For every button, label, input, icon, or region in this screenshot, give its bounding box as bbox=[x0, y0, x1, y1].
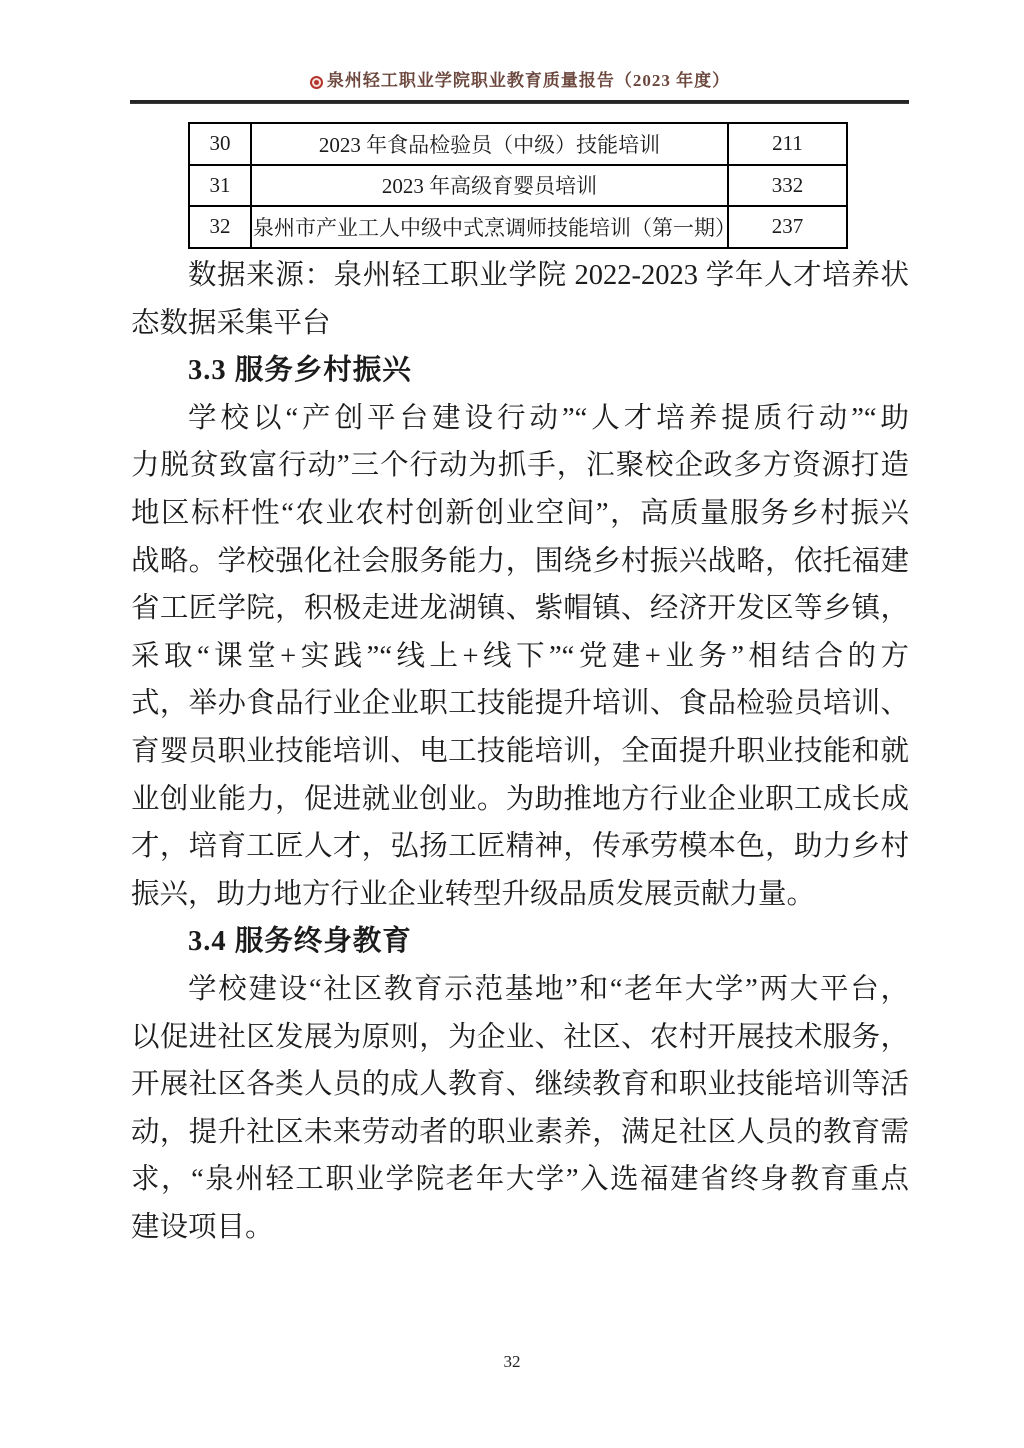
training-programs-table: 30 2023 年食品检验员（中级）技能培训 211 31 2023 年高级育婴… bbox=[188, 122, 848, 249]
paragraph-line: 战略。学校强化社会服务能力，围绕乡村振兴战略，依托福建 bbox=[131, 538, 909, 586]
table-row: 32 泉州市产业工人中级中式烹调师技能培训（第一期） 237 bbox=[189, 206, 847, 248]
paragraph-line: 力脱贫致富行动”三个行动为抓手，汇聚校企政多方资源打造 bbox=[131, 442, 909, 490]
paragraph-line: 式，举办食品行业企业职工技能提升培训、食品检验员培训、 bbox=[131, 680, 909, 728]
page-header: 泉州轻工职业学院职业教育质量报告（2023 年度） bbox=[131, 66, 909, 91]
source-note-line: 数据来源：泉州轻工职业学院 2022-2023 学年人才培养状 bbox=[131, 252, 909, 300]
table-row: 31 2023 年高级育婴员培训 332 bbox=[189, 165, 847, 207]
row-number-cell: 32 bbox=[189, 206, 251, 248]
college-seal-icon bbox=[310, 76, 323, 89]
header-divider bbox=[130, 100, 909, 104]
paragraph-line: 以促进社区发展为原则，为企业、社区、农村开展技术服务， bbox=[131, 1014, 909, 1062]
trainee-count-cell: 332 bbox=[728, 165, 847, 207]
paragraph-line: 业创业能力，促进就业创业。为助推地方行业企业职工成长成 bbox=[131, 776, 909, 824]
paragraph-line: 采取“课堂+实践”“线上+线下”“党建+业务”相结合的方 bbox=[131, 633, 909, 681]
table-row: 30 2023 年食品检验员（中级）技能培训 211 bbox=[189, 123, 847, 165]
program-name-cell: 2023 年高级育婴员培训 bbox=[251, 165, 728, 207]
row-number-cell: 30 bbox=[189, 123, 251, 165]
program-name-cell: 2023 年食品检验员（中级）技能培训 bbox=[251, 123, 728, 165]
paragraph-line: 省工匠学院，积极走进龙湖镇、紫帽镇、经济开发区等乡镇， bbox=[131, 585, 909, 633]
paragraph-line: 动，提升社区未来劳动者的职业素养，满足社区人员的教育需 bbox=[131, 1109, 909, 1157]
page-number: 32 bbox=[0, 1352, 1024, 1372]
section-heading-3-4: 3.4 服务终身教育 bbox=[131, 918, 909, 966]
paragraph-line: 育婴员职业技能培训、电工技能培训，全面提升职业技能和就 bbox=[131, 728, 909, 776]
body-content: 数据来源：泉州轻工职业学院 2022-2023 学年人才培养状 态数据采集平台 … bbox=[131, 252, 909, 1251]
trainee-count-cell: 211 bbox=[728, 123, 847, 165]
paragraph-line: 振兴，助力地方行业企业转型升级品质发展贡献力量。 bbox=[131, 871, 909, 919]
paragraph-line: 学校建设“社区教育示范基地”和“老年大学”两大平台， bbox=[131, 966, 909, 1014]
paragraph-line: 建设项目。 bbox=[131, 1204, 909, 1252]
paragraph-line: 学校以“产创平台建设行动”“人才培养提质行动”“助 bbox=[131, 395, 909, 443]
source-note-line: 态数据采集平台 bbox=[131, 300, 909, 348]
paragraph-line: 地区标杆性“农业农村创新创业空间”，高质量服务乡村振兴 bbox=[131, 490, 909, 538]
paragraph-line: 求，“泉州轻工职业学院老年大学”入选福建省终身教育重点 bbox=[131, 1156, 909, 1204]
paragraph-line: 开展社区各类人员的成人教育、继续教育和职业技能培训等活 bbox=[131, 1061, 909, 1109]
trainee-count-cell: 237 bbox=[728, 206, 847, 248]
paragraph-line: 才，培育工匠人才，弘扬工匠精神，传承劳模本色，助力乡村 bbox=[131, 823, 909, 871]
header-title: 泉州轻工职业学院职业教育质量报告（2023 年度） bbox=[327, 71, 730, 90]
section-heading-3-3: 3.3 服务乡村振兴 bbox=[131, 347, 909, 395]
row-number-cell: 31 bbox=[189, 165, 251, 207]
document-page: 泉州轻工职业学院职业教育质量报告（2023 年度） 30 2023 年食品检验员… bbox=[0, 0, 1024, 1448]
program-name-cell: 泉州市产业工人中级中式烹调师技能培训（第一期） bbox=[251, 206, 728, 248]
